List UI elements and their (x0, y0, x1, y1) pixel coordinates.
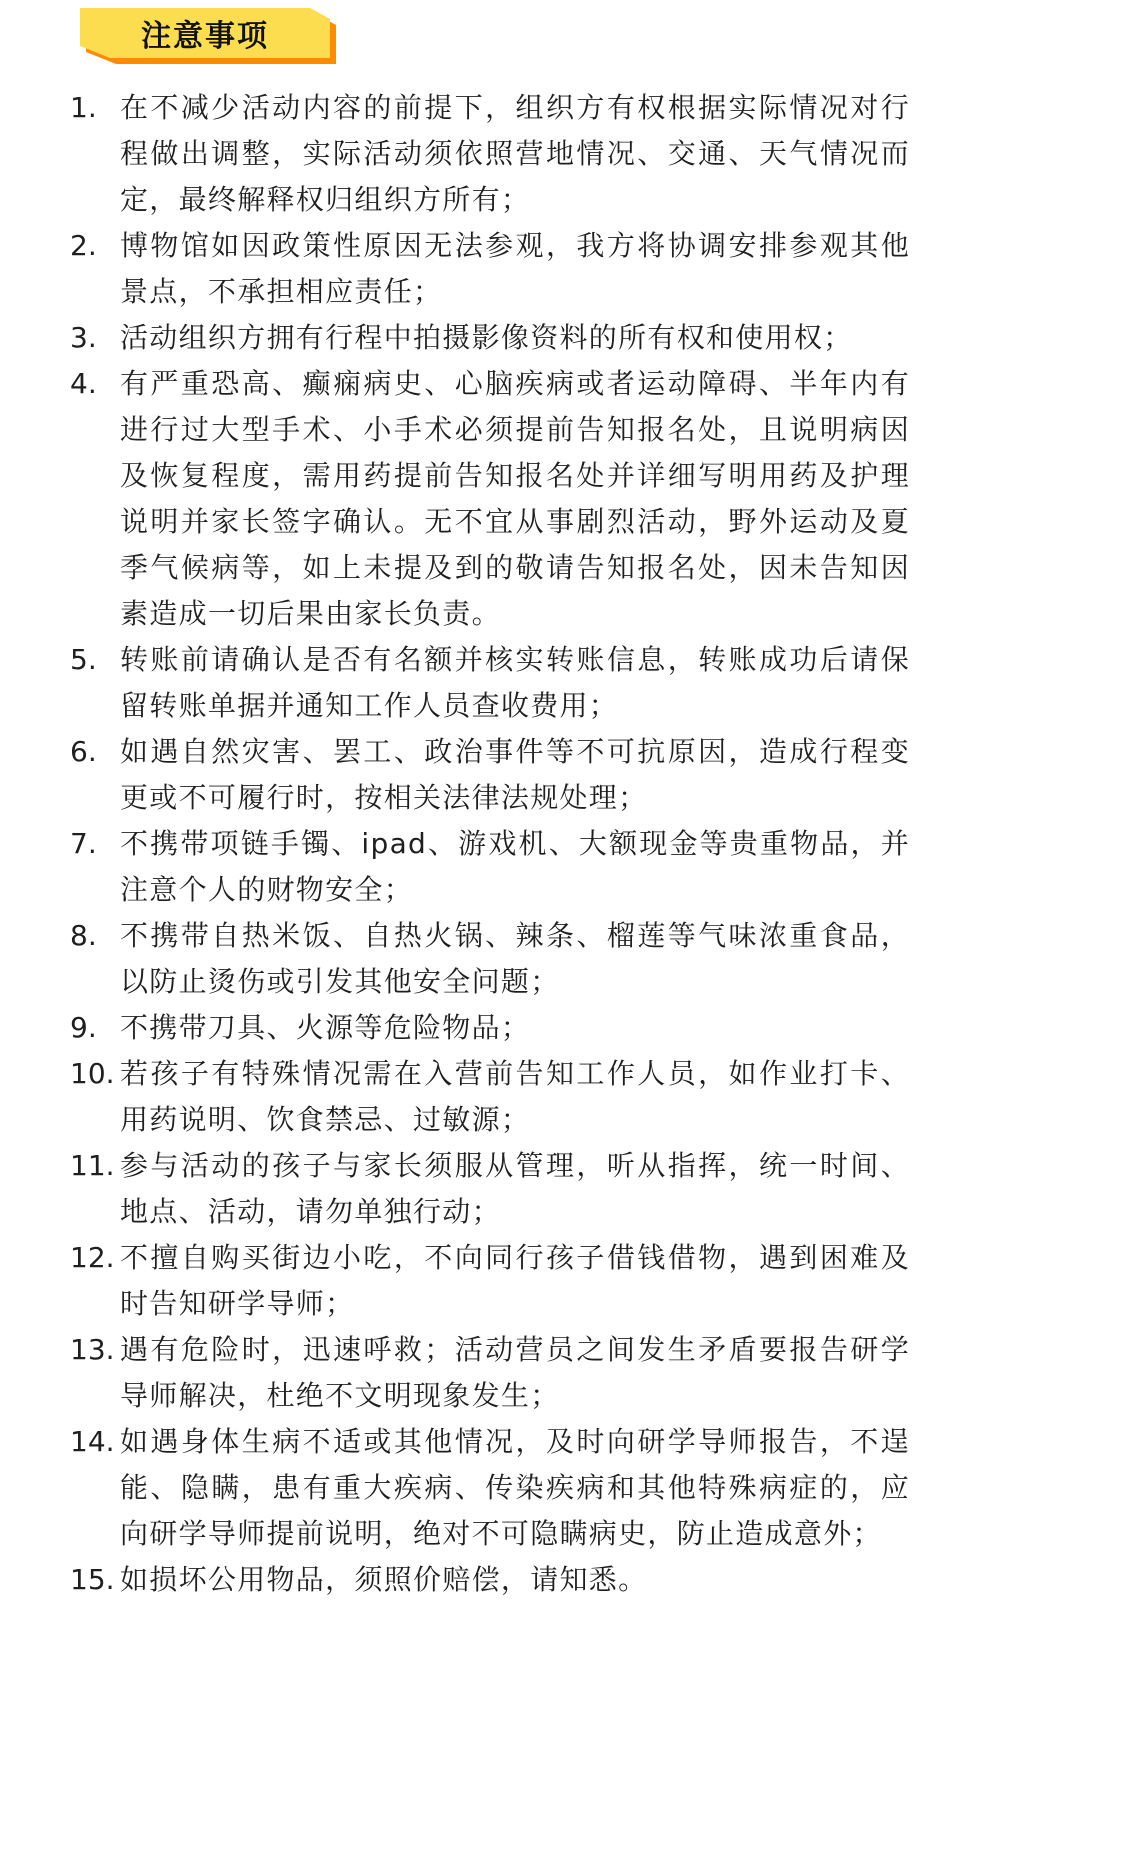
badge-background: 注意事项 (80, 8, 330, 58)
note-text: 如遇自然灾害、罢工、政治事件等不可抗原因，造成行程变更或不可履行时，按相关法律法… (120, 729, 910, 821)
note-text: 在不减少活动内容的前提下，组织方有权根据实际情况对行程做出调整，实际活动须依照营… (120, 85, 910, 223)
note-text: 有严重恐高、癫痫病史、心脑疾病或者运动障碍、半年内有进行过大型手术、小手术必须提… (120, 361, 910, 637)
notes-list: 1. 在不减少活动内容的前提下，组织方有权根据实际情况对行程做出调整，实际活动须… (70, 85, 1070, 1603)
note-number: 2. (70, 223, 120, 269)
note-number: 7. (70, 821, 120, 867)
note-text: 遇有危险时，迅速呼救；活动营员之间发生矛盾要报告研学导师解决，杜绝不文明现象发生… (120, 1327, 910, 1419)
note-item: 1. 在不减少活动内容的前提下，组织方有权根据实际情况对行程做出调整，实际活动须… (70, 85, 1070, 223)
section-title: 注意事项 (141, 11, 269, 55)
note-number: 1. (70, 85, 120, 131)
note-item: 5. 转账前请确认是否有名额并核实转账信息，转账成功后请保留转账单据并通知工作人… (70, 637, 1070, 729)
note-number: 12. (70, 1235, 120, 1281)
note-item: 14. 如遇身体生病不适或其他情况，及时向研学导师报告，不逞能、隐瞒，患有重大疾… (70, 1419, 1070, 1557)
note-text: 不携带刀具、火源等危险物品； (120, 1005, 910, 1051)
note-number: 3. (70, 315, 120, 361)
note-item: 4. 有严重恐高、癫痫病史、心脑疾病或者运动障碍、半年内有进行过大型手术、小手术… (70, 361, 1070, 637)
note-item: 13. 遇有危险时，迅速呼救；活动营员之间发生矛盾要报告研学导师解决，杜绝不文明… (70, 1327, 1070, 1419)
note-text: 活动组织方拥有行程中拍摄影像资料的所有权和使用权； (120, 315, 910, 361)
note-number: 11. (70, 1143, 120, 1189)
note-number: 13. (70, 1327, 120, 1373)
note-item: 10. 若孩子有特殊情况需在入营前告知工作人员，如作业打卡、用药说明、饮食禁忌、… (70, 1051, 1070, 1143)
note-text: 不携带项链手镯、ipad、游戏机、大额现金等贵重物品，并注意个人的财物安全； (120, 821, 910, 913)
note-number: 6. (70, 729, 120, 775)
note-item: 6. 如遇自然灾害、罢工、政治事件等不可抗原因，造成行程变更或不可履行时，按相关… (70, 729, 1070, 821)
note-item: 2. 博物馆如因政策性原因无法参观，我方将协调安排参观其他景点，不承担相应责任； (70, 223, 1070, 315)
note-item: 15. 如损坏公用物品，须照价赔偿，请知悉。 (70, 1557, 1070, 1603)
note-item: 8. 不携带自热米饭、自热火锅、辣条、榴莲等气味浓重食品，以防止烫伤或引发其他安… (70, 913, 1070, 1005)
note-item: 7. 不携带项链手镯、ipad、游戏机、大额现金等贵重物品，并注意个人的财物安全… (70, 821, 1070, 913)
note-text: 博物馆如因政策性原因无法参观，我方将协调安排参观其他景点，不承担相应责任； (120, 223, 910, 315)
note-item: 11. 参与活动的孩子与家长须服从管理，听从指挥，统一时间、地点、活动，请勿单独… (70, 1143, 1070, 1235)
note-text: 不携带自热米饭、自热火锅、辣条、榴莲等气味浓重食品，以防止烫伤或引发其他安全问题… (120, 913, 910, 1005)
note-item: 3. 活动组织方拥有行程中拍摄影像资料的所有权和使用权； (70, 315, 1070, 361)
section-header-badge: 注意事项 (80, 8, 336, 64)
note-text: 转账前请确认是否有名额并核实转账信息，转账成功后请保留转账单据并通知工作人员查收… (120, 637, 910, 729)
note-text: 参与活动的孩子与家长须服从管理，听从指挥，统一时间、地点、活动，请勿单独行动； (120, 1143, 910, 1235)
note-number: 9. (70, 1005, 120, 1051)
note-text: 不擅自购买街边小吃，不向同行孩子借钱借物，遇到困难及时告知研学导师； (120, 1235, 910, 1327)
note-number: 14. (70, 1419, 120, 1465)
note-number: 10. (70, 1051, 120, 1097)
note-item: 9. 不携带刀具、火源等危险物品； (70, 1005, 1070, 1051)
note-number: 8. (70, 913, 120, 959)
note-number: 4. (70, 361, 120, 407)
note-item: 12. 不擅自购买街边小吃，不向同行孩子借钱借物，遇到困难及时告知研学导师； (70, 1235, 1070, 1327)
note-text: 如遇身体生病不适或其他情况，及时向研学导师报告，不逞能、隐瞒，患有重大疾病、传染… (120, 1419, 910, 1557)
note-text: 若孩子有特殊情况需在入营前告知工作人员，如作业打卡、用药说明、饮食禁忌、过敏源； (120, 1051, 910, 1143)
note-number: 15. (70, 1557, 120, 1603)
note-text: 如损坏公用物品，须照价赔偿，请知悉。 (120, 1557, 910, 1603)
note-number: 5. (70, 637, 120, 683)
